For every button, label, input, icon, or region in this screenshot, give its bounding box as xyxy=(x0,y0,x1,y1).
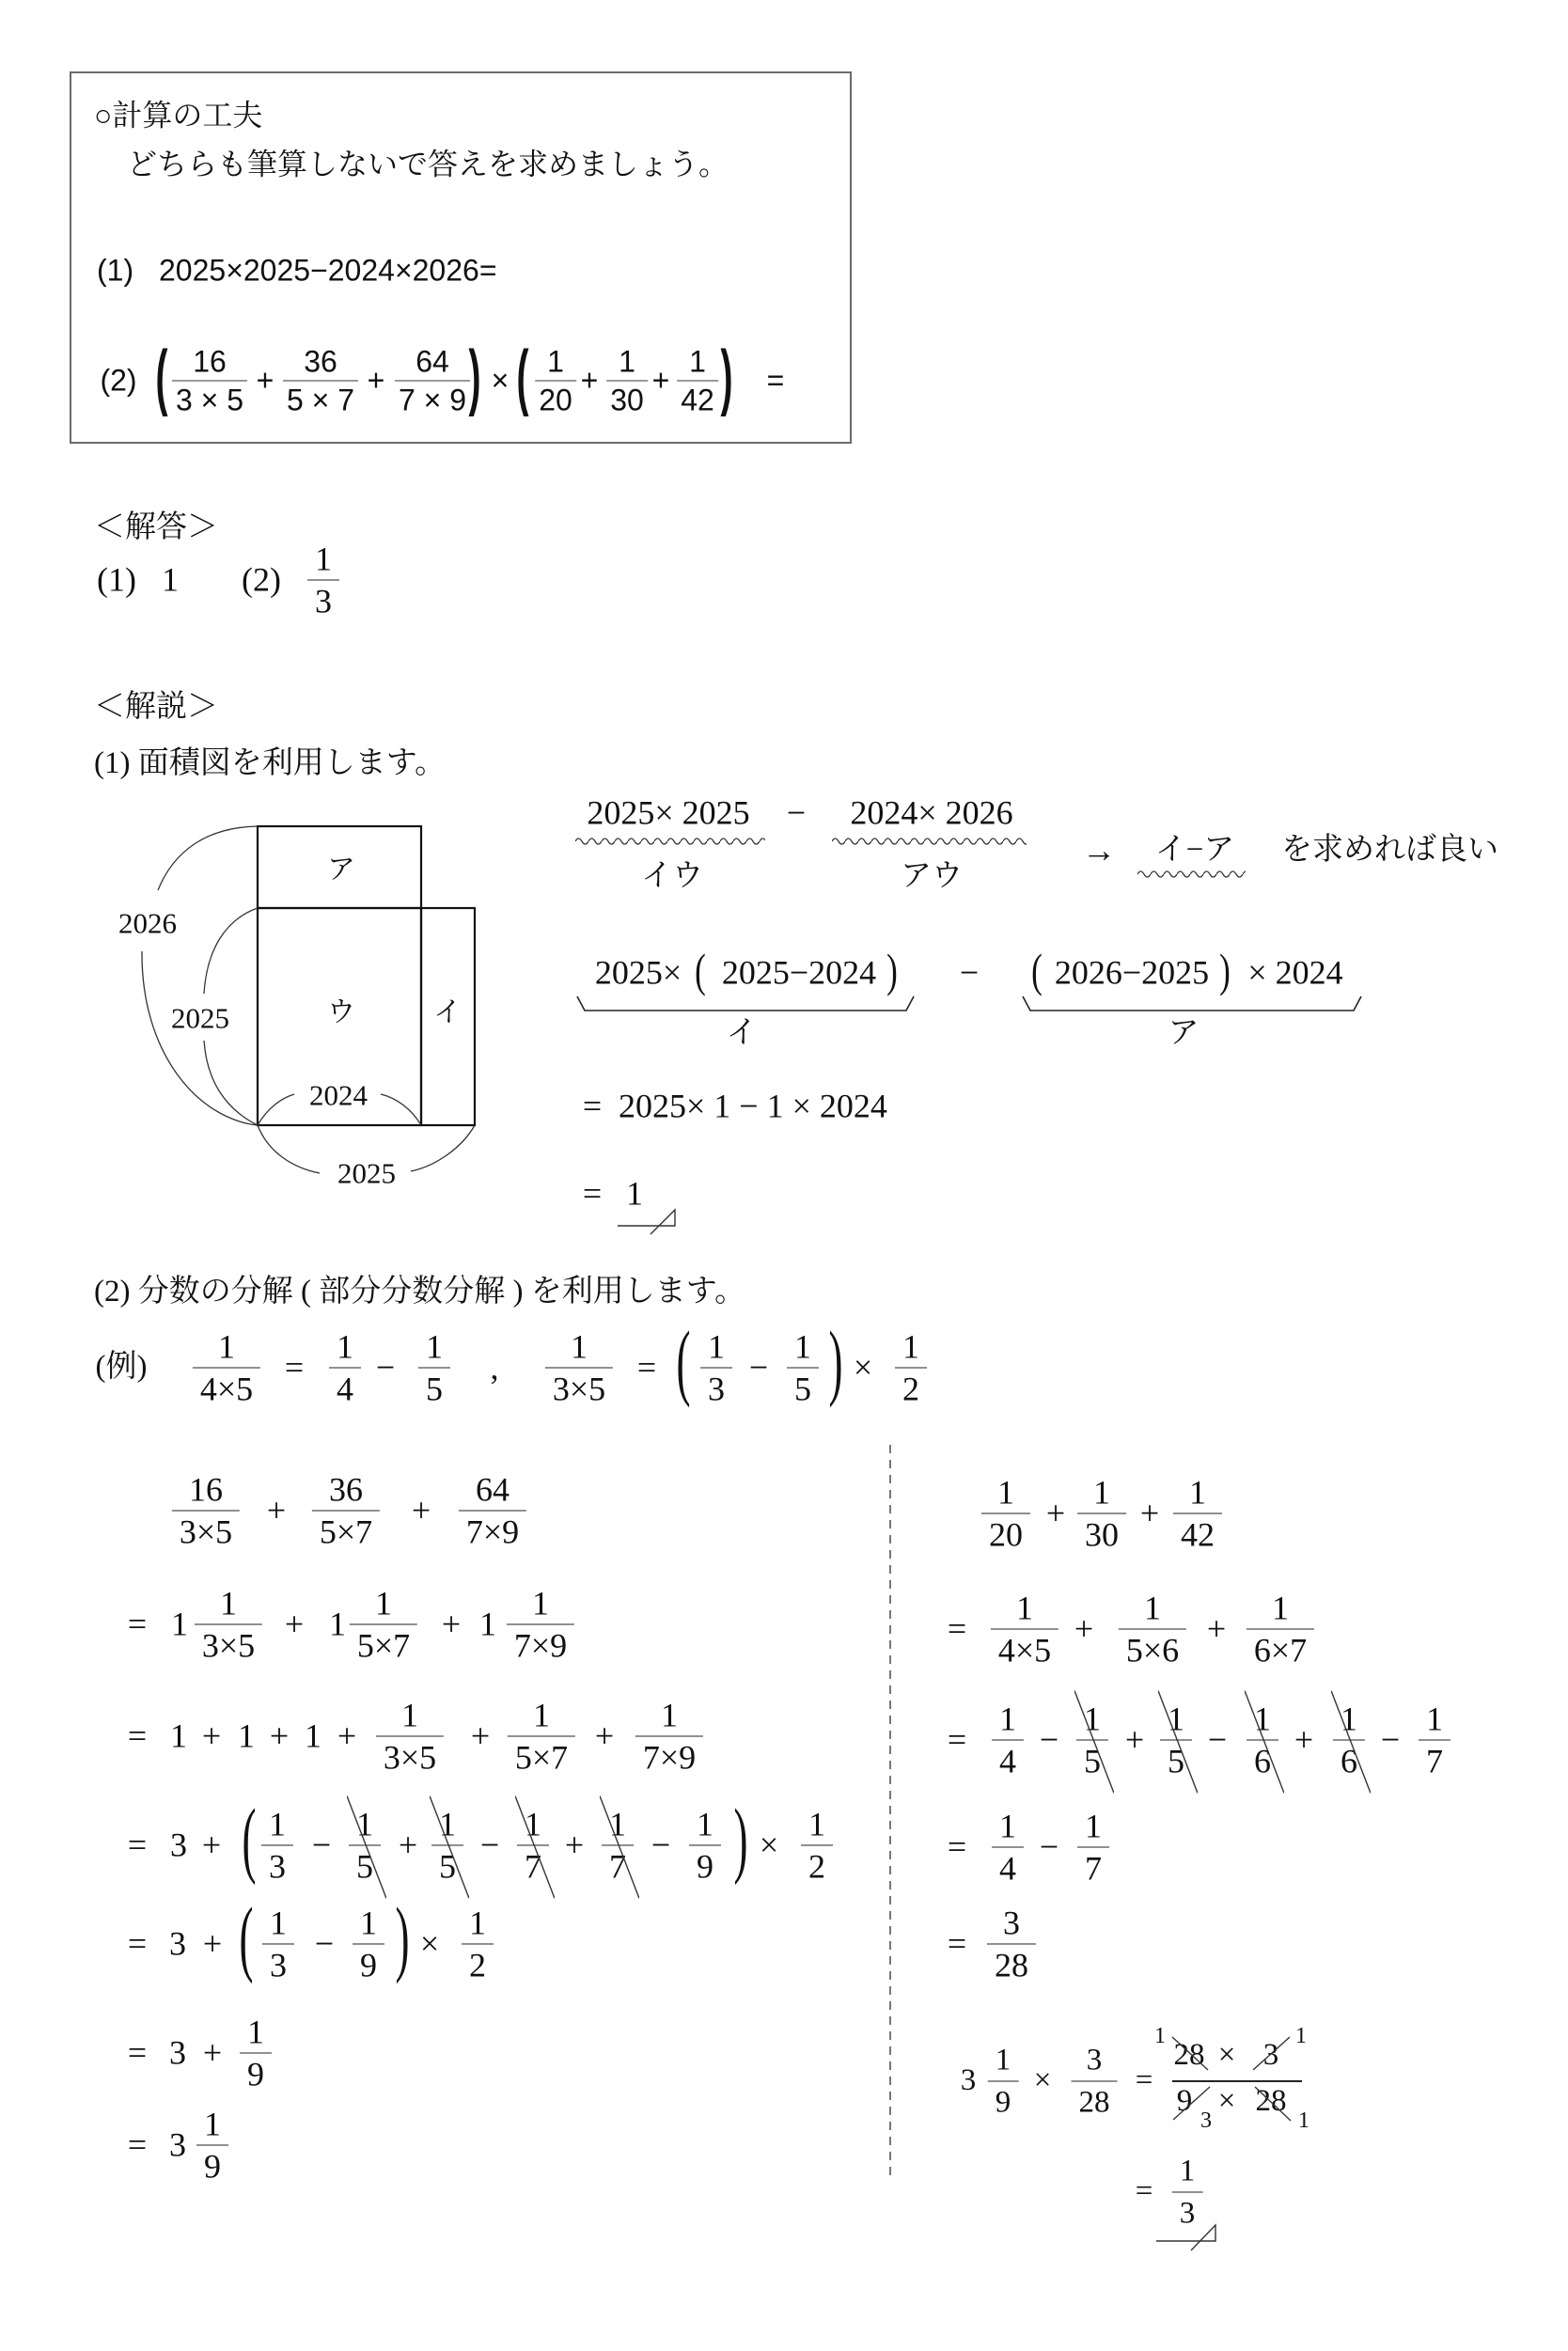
denominator: 7×9 xyxy=(459,1512,526,1553)
minus-sign: − xyxy=(787,793,806,832)
whole-number: 1 xyxy=(171,1605,188,1643)
denominator: 9 xyxy=(988,2082,1019,2124)
close-paren: ) xyxy=(469,339,481,413)
denominator: 9 xyxy=(196,2146,228,2187)
plus-sign: + xyxy=(1074,1609,1093,1648)
fraction: 19 xyxy=(689,1804,721,1888)
numerator: 1 xyxy=(635,1695,703,1737)
answer-1-value: 1 xyxy=(162,560,179,599)
cancelled-fraction: 15 xyxy=(431,1804,463,1888)
numerator: 1 xyxy=(353,1903,384,1945)
underbrace xyxy=(576,995,915,1015)
denominator: 9 xyxy=(353,1945,384,1986)
simplified-expression: 2025× 1 − 1 × 2024 xyxy=(619,1087,887,1125)
fraction: 13 xyxy=(261,1804,293,1888)
denominator: 42 xyxy=(1173,1514,1222,1556)
fraction: 12 xyxy=(801,1804,833,1888)
fraction: 130 xyxy=(1077,1472,1126,1556)
numerator: 1 xyxy=(262,1903,294,1945)
fraction: 19 xyxy=(988,2040,1019,2124)
fraction: 14×5 xyxy=(991,1588,1058,1671)
denominator: 5 xyxy=(1076,1741,1108,1782)
denominator: 7 xyxy=(602,1846,634,1888)
plus-sign: + xyxy=(202,1826,221,1864)
denominator: 5 xyxy=(1160,1741,1192,1782)
outer-height-label: 2026 xyxy=(118,907,177,940)
problem-title: ○計算の工夫 xyxy=(94,99,262,133)
plus-sign: + xyxy=(285,1605,304,1643)
part2-heading: (2) 分数の分解 ( 部分分数分解 ) を利用します。 xyxy=(94,1275,745,1310)
numerator: 1 xyxy=(517,1804,549,1846)
answer-2-fraction: 13 xyxy=(307,539,339,622)
numerator: 1 xyxy=(507,1583,574,1625)
numerator: 1 xyxy=(801,1804,833,1846)
whole-number: 3 xyxy=(169,1924,186,1963)
minus-sign: − xyxy=(1040,1827,1058,1866)
denominator: 4×5 xyxy=(193,1369,260,1410)
plus-sign: + xyxy=(399,1826,417,1864)
close-paren: ) xyxy=(721,339,733,413)
fraction: 12 xyxy=(462,1903,494,1986)
problem-instruction: どちらも筆算しないで答えを求めましょう。 xyxy=(127,148,729,182)
numerator: 1 xyxy=(981,1472,1030,1514)
fraction: 328 xyxy=(987,1903,1036,1986)
numerator: 1 xyxy=(193,1326,260,1369)
wavy-underline xyxy=(1137,869,1246,880)
denominator: 4×5 xyxy=(991,1630,1058,1671)
equals-sign: = xyxy=(128,1605,147,1643)
equals-sign: = xyxy=(948,1720,966,1759)
denominator: 4 xyxy=(329,1369,361,1410)
fraction: 647 × 9 xyxy=(395,343,470,419)
denominator: 3 xyxy=(700,1369,732,1410)
fraction: 120 xyxy=(535,343,576,419)
numerator: 1 xyxy=(677,343,718,382)
fraction: 120 xyxy=(981,1472,1030,1556)
open-paren: ( xyxy=(677,1320,691,1404)
numerator: 1 xyxy=(606,343,648,382)
equals-sign: = xyxy=(1136,2174,1153,2210)
denominator: 6 xyxy=(1247,1741,1278,1782)
whole-number: 1 xyxy=(170,1716,187,1755)
denominator: 7 xyxy=(1077,1848,1109,1889)
q1-expression: 2025×2025−2024×2026= xyxy=(159,254,497,289)
numerator: 1 xyxy=(602,1804,634,1846)
times-sign: × xyxy=(854,1348,872,1387)
fraction: 13 xyxy=(262,1903,294,1986)
fraction: 14 xyxy=(329,1326,361,1410)
equals-sign: = xyxy=(948,1924,966,1963)
whole-number: 1 xyxy=(238,1716,255,1755)
fraction: 365×7 xyxy=(312,1469,380,1553)
fraction: 16×7 xyxy=(1247,1588,1314,1671)
area-diagram: ア ウ イ 2026 2025 2024 2025 xyxy=(94,808,508,1203)
numerator: 1 xyxy=(689,1804,721,1846)
denominator: 7 xyxy=(1419,1741,1450,1782)
numerator: 1 xyxy=(240,2012,272,2054)
fraction: 15×7 xyxy=(350,1583,417,1667)
answers-heading: ＜解答＞ xyxy=(94,510,218,546)
region-i-label: イ xyxy=(433,997,462,1028)
fraction: 17×9 xyxy=(507,1583,574,1667)
plus-sign: + xyxy=(1207,1609,1226,1648)
plus-sign: + xyxy=(203,2033,222,2072)
numerator: 16 xyxy=(172,343,247,382)
inner-width-label: 2024 xyxy=(309,1079,368,1112)
numerator: 1 xyxy=(329,1326,361,1369)
denominator: 30 xyxy=(606,382,648,419)
wavy-underline xyxy=(575,836,765,847)
minus-sign: − xyxy=(749,1348,768,1387)
product-right: 2024× 2026 xyxy=(850,793,1012,832)
fraction: 17 xyxy=(1077,1806,1109,1889)
numerator: 1 xyxy=(535,343,576,382)
fraction: 647×9 xyxy=(459,1469,526,1553)
fraction: 19 xyxy=(196,2104,228,2187)
difference-right: 2026−2025 xyxy=(1055,953,1209,992)
plus-sign: + xyxy=(270,1716,289,1755)
cancelled-fraction: 15 xyxy=(1160,1699,1192,1782)
denominator: 6 xyxy=(1333,1741,1365,1782)
numerator: 1 xyxy=(1119,1588,1186,1630)
target-expression: イ−ア xyxy=(1155,833,1235,869)
denominator: 5 xyxy=(787,1369,819,1410)
denominator: 42 xyxy=(677,382,718,419)
fraction: 142 xyxy=(677,343,718,419)
denominator: 2 xyxy=(462,1945,494,1986)
denominator: 5×7 xyxy=(508,1737,575,1779)
fraction: 12 xyxy=(895,1326,927,1410)
difference-left: 2025−2024 xyxy=(722,953,876,992)
denominator: 3×5 xyxy=(545,1369,613,1410)
numerator: 1 xyxy=(418,1326,450,1369)
denominator: 3×5 xyxy=(376,1737,444,1779)
region-u-label: ウ xyxy=(327,997,355,1028)
numerator: 1 xyxy=(376,1695,444,1737)
underbrace xyxy=(1022,995,1362,1015)
fraction: 17 xyxy=(1419,1699,1450,1782)
equals-sign: = xyxy=(948,1609,966,1648)
whole-number: 3 xyxy=(169,2033,186,2072)
cancelled-fraction: 16 xyxy=(1247,1699,1278,1782)
numerator: 16 xyxy=(172,1469,240,1512)
numerator: 1 xyxy=(992,1699,1024,1741)
equals-sign: = xyxy=(767,364,785,399)
denominator: 2 xyxy=(895,1369,927,1410)
whole-number: 3 xyxy=(169,2125,186,2164)
plus-sign: + xyxy=(257,364,274,399)
denominator: 7 × 9 xyxy=(395,382,470,419)
numerator: 1 xyxy=(261,1804,293,1846)
fraction: 15×6 xyxy=(1119,1588,1186,1671)
fraction: 142 xyxy=(1173,1472,1222,1556)
plus-sign: + xyxy=(565,1826,584,1864)
numerator: 1 xyxy=(545,1326,613,1369)
numerator: 1 xyxy=(1333,1699,1365,1741)
minus-sign: − xyxy=(376,1348,395,1387)
denominator: 3 xyxy=(261,1846,293,1888)
equals-sign: = xyxy=(128,2033,147,2072)
whole-number: 1 xyxy=(305,1716,321,1755)
reduced-value: 1 xyxy=(1154,2024,1166,2050)
part1-heading: (1) 面積図を利用します。 xyxy=(94,746,446,782)
numerator: 3 xyxy=(1072,2040,1118,2082)
plus-sign: + xyxy=(1046,1494,1065,1532)
wavy-underline xyxy=(832,836,1027,847)
numerator: 1 xyxy=(988,2040,1019,2082)
denominator: 20 xyxy=(535,382,576,419)
close-paren: ) xyxy=(396,1896,410,1981)
numerator: 1 xyxy=(1247,1699,1278,1741)
equals-sign: = xyxy=(583,1174,602,1213)
plus-sign: + xyxy=(1125,1720,1144,1759)
whole-number: 3 xyxy=(170,1826,187,1864)
region-a-label: ア xyxy=(327,854,355,886)
fraction: 13×5 xyxy=(545,1326,613,1410)
denominator: 7×9 xyxy=(507,1625,574,1667)
close-paren: ) xyxy=(886,947,898,994)
denominator: 30 xyxy=(1077,1514,1126,1556)
area-label-a: ア xyxy=(1168,1016,1200,1052)
numerator: 1 xyxy=(462,1903,494,1945)
factor-left: 2025× xyxy=(595,953,682,992)
fraction: 163×5 xyxy=(172,1469,240,1553)
fraction: 13×5 xyxy=(195,1583,262,1667)
plus-sign: + xyxy=(595,1716,614,1755)
cancelled-fraction: 15 xyxy=(1076,1699,1108,1782)
plus-sign: + xyxy=(581,364,599,399)
product-left: 2025× 2025 xyxy=(587,793,749,832)
plus-sign: + xyxy=(267,1491,286,1529)
q2-label: (2) xyxy=(100,364,136,399)
reduced-value: 1 xyxy=(1298,2108,1309,2135)
numerator: 3 xyxy=(987,1903,1036,1945)
numerator: 36 xyxy=(283,343,358,382)
numerator: 1 xyxy=(1077,1472,1126,1514)
numerator: 1 xyxy=(508,1695,575,1737)
fraction: 15 xyxy=(418,1326,450,1410)
outer-width-label: 2025 xyxy=(337,1157,396,1190)
equals-sign: = xyxy=(1136,2063,1153,2099)
denominator: 5 xyxy=(349,1846,381,1888)
fraction: 365 × 7 xyxy=(283,343,358,419)
denominator: 5×7 xyxy=(350,1625,417,1667)
denominator: 5 × 7 xyxy=(283,382,358,419)
denominator: 9 xyxy=(689,1846,721,1888)
denominator: 3 xyxy=(307,581,339,622)
answer-mark-icon xyxy=(611,1203,682,1241)
explanation-heading: ＜解説＞ xyxy=(94,690,218,726)
times-sign: × xyxy=(760,1826,778,1864)
fraction: 14 xyxy=(992,1699,1024,1782)
open-paren: ( xyxy=(240,1896,254,1981)
numerator: 1 xyxy=(1173,1472,1222,1514)
whole-number: 1 xyxy=(479,1605,496,1643)
numerator: 1 xyxy=(195,1583,262,1625)
fraction: 13 xyxy=(700,1326,732,1410)
fraction: 130 xyxy=(606,343,648,419)
close-paren: ) xyxy=(829,1320,843,1404)
plus-sign: + xyxy=(337,1716,356,1755)
numerator: 1 xyxy=(350,1583,417,1625)
area-label-iu: イウ xyxy=(641,859,703,895)
numerator: 1 xyxy=(1076,1699,1108,1741)
target-note: を求めれば良い xyxy=(1281,833,1498,869)
fraction: 14×5 xyxy=(193,1326,260,1410)
plus-sign: + xyxy=(471,1716,490,1755)
numerator: 36 xyxy=(312,1469,380,1512)
numerator: 1 xyxy=(1419,1699,1450,1741)
denominator: 3×5 xyxy=(195,1625,262,1667)
open-paren: ( xyxy=(1031,947,1043,994)
fraction: 13×5 xyxy=(376,1695,444,1779)
equals-sign: = xyxy=(128,1826,147,1864)
numerator: 1 xyxy=(1172,2151,1203,2193)
plus-sign: + xyxy=(652,364,670,399)
equals-sign: = xyxy=(285,1348,304,1387)
answer-1-label: (1) xyxy=(97,560,136,599)
denominator: 5×6 xyxy=(1119,1630,1186,1671)
minus-sign: − xyxy=(651,1826,670,1864)
cancelled-fraction: 17 xyxy=(602,1804,634,1888)
comma: , xyxy=(491,1348,499,1387)
plus-sign: + xyxy=(1294,1720,1313,1759)
numerator: 1 xyxy=(992,1806,1024,1848)
fraction: 163 × 5 xyxy=(172,343,247,419)
cancelled-fraction: 16 xyxy=(1333,1699,1365,1782)
area-label-i: イ xyxy=(727,1016,758,1052)
open-paren: ( xyxy=(243,1797,257,1882)
open-paren: ( xyxy=(695,947,706,994)
cancel-strokes xyxy=(1166,2030,1297,2134)
answer-2-label: (2) xyxy=(242,560,281,599)
denominator: 3×5 xyxy=(172,1512,240,1553)
equals-sign: = xyxy=(128,2125,147,2164)
times-sign: × xyxy=(492,364,510,399)
inner-height-label: 2025 xyxy=(171,1002,229,1035)
denominator: 3 xyxy=(262,1945,294,1986)
denominator: 4 xyxy=(992,1741,1024,1782)
denominator: 4 xyxy=(992,1848,1024,1889)
open-paren: ( xyxy=(156,339,168,413)
times-sign: × xyxy=(1034,2063,1052,2099)
denominator: 28 xyxy=(987,1945,1036,1986)
denominator: 28 xyxy=(1072,2082,1118,2124)
denominator: 6×7 xyxy=(1247,1630,1314,1671)
denominator: 3 × 5 xyxy=(172,382,247,419)
answer-mark-icon xyxy=(1152,2218,1222,2256)
numerator: 1 xyxy=(787,1326,819,1369)
open-paren: ( xyxy=(517,339,529,413)
denominator: 9 xyxy=(240,2054,272,2095)
equals-sign: = xyxy=(128,1924,147,1963)
equals-sign: = xyxy=(948,1827,966,1866)
minus-sign: − xyxy=(480,1826,499,1864)
denominator: 2 xyxy=(801,1846,833,1888)
fraction: 328 xyxy=(1072,2040,1118,2124)
plus-sign: + xyxy=(202,1716,221,1755)
equals-sign: = xyxy=(128,1716,147,1755)
denominator: 20 xyxy=(981,1514,1030,1556)
numerator: 1 xyxy=(349,1804,381,1846)
close-paren: ) xyxy=(734,1797,748,1882)
cancelled-fraction: 17 xyxy=(517,1804,549,1888)
equals-sign: = xyxy=(637,1348,656,1387)
denominator: 5 xyxy=(431,1846,463,1888)
close-paren: ) xyxy=(1219,947,1231,994)
numerator: 1 xyxy=(431,1804,463,1846)
q1-label: (1) xyxy=(97,254,133,289)
plus-sign: + xyxy=(1140,1494,1159,1532)
denominator: 5 xyxy=(418,1369,450,1410)
times-sign: × xyxy=(420,1924,439,1963)
whole-number: 3 xyxy=(961,2063,977,2099)
numerator: 1 xyxy=(1160,1699,1192,1741)
plus-sign: + xyxy=(412,1491,431,1529)
plus-sign: + xyxy=(442,1605,461,1643)
numerator: 64 xyxy=(459,1469,526,1512)
fraction: 17×9 xyxy=(635,1695,703,1779)
arrow-icon: → xyxy=(1082,831,1116,870)
minus-sign: − xyxy=(1381,1720,1400,1759)
minus-sign: − xyxy=(1208,1720,1227,1759)
column-divider xyxy=(887,1445,893,2178)
numerator: 1 xyxy=(1247,1588,1314,1630)
minus-sign: − xyxy=(312,1826,331,1864)
fraction: 19 xyxy=(353,1903,384,1986)
numerator: 1 xyxy=(700,1326,732,1369)
whole-number: 1 xyxy=(329,1605,346,1643)
plus-sign: + xyxy=(368,364,385,399)
cancelled-fraction: 15 xyxy=(349,1804,381,1888)
fraction: 14 xyxy=(992,1806,1024,1889)
factor-right: × 2024 xyxy=(1247,953,1342,992)
denominator: 7×9 xyxy=(635,1737,703,1779)
denominator: 5×7 xyxy=(312,1512,380,1553)
minus-sign: − xyxy=(315,1924,334,1963)
plus-sign: + xyxy=(203,1924,222,1963)
equals-sign: = xyxy=(583,1087,602,1125)
minus-sign: − xyxy=(960,953,979,992)
denominator: 7 xyxy=(517,1846,549,1888)
fraction: 15×7 xyxy=(508,1695,575,1779)
numerator: 1 xyxy=(307,539,339,581)
numerator: 1 xyxy=(1077,1806,1109,1848)
fraction: 15 xyxy=(787,1326,819,1410)
numerator: 1 xyxy=(991,1588,1058,1630)
numerator: 64 xyxy=(395,343,470,382)
fraction: 19 xyxy=(240,2012,272,2095)
minus-sign: − xyxy=(1040,1720,1058,1759)
numerator: 1 xyxy=(895,1326,927,1369)
area-label-au: アウ xyxy=(901,859,963,895)
numerator: 1 xyxy=(196,2104,228,2146)
example-label: (例) xyxy=(96,1350,148,1386)
